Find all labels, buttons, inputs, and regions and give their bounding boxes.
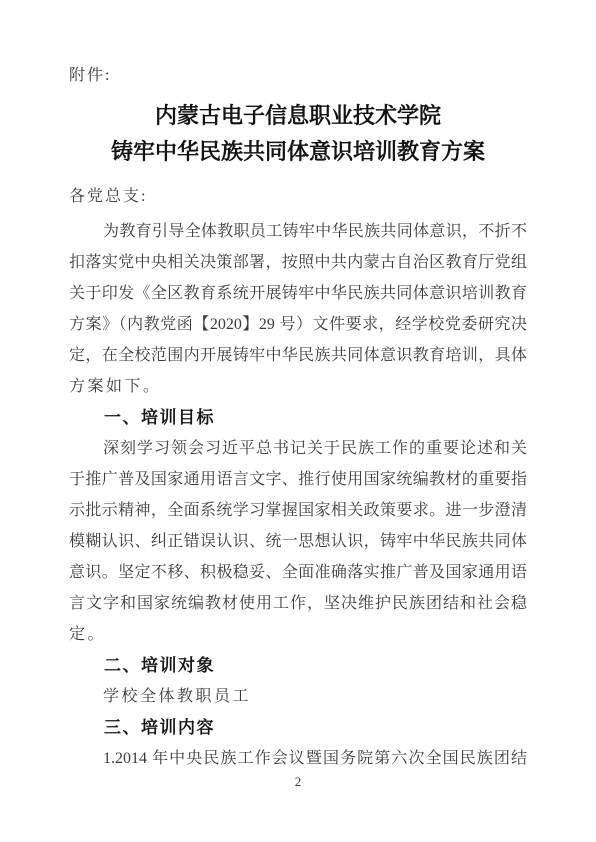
document-title: 内蒙古电子信息职业技术学院 铸牢中华民族共同体意识培训教育方案 bbox=[69, 98, 527, 170]
attachment-label: 附件: bbox=[69, 60, 527, 92]
salutation: 各党总支: bbox=[69, 181, 527, 213]
text-line: 示批示精神，全面系统学习掌握国家相关政策要求。进一步澄清 bbox=[69, 495, 527, 526]
text-line: 1.2014 年中央民族工作会议暨国务院第六次全国民族团结 bbox=[69, 743, 527, 774]
section-heading: 三、培训内容 bbox=[104, 712, 527, 743]
page-number: 2 bbox=[0, 774, 596, 790]
document-body: 为教育引导全体教职员工铸牢中华民族共同体意识，不折不扣落实党中央相关决策部署，按… bbox=[69, 216, 527, 774]
document-content: 附件: 内蒙古电子信息职业技术学院 铸牢中华民族共同体意识培训教育方案 各党总支… bbox=[69, 60, 527, 774]
text-line: 言文字和国家统编教材使用工作，坚决维护民族团结和社会稳 bbox=[69, 588, 527, 619]
text-line: 方案如下。 bbox=[69, 371, 527, 402]
text-line: 关于印发《全区教育系统开展铸牢中华民族共同体意识培训教育 bbox=[69, 278, 527, 309]
section-heading: 二、培训对象 bbox=[104, 650, 527, 681]
text-line: 深刻学习领会习近平总书记关于民族工作的重要论述和关 bbox=[69, 433, 527, 464]
text-line: 意识。坚定不移、积极稳妥、全面准确落实推广普及国家通用语 bbox=[69, 557, 527, 588]
title-line-1: 内蒙古电子信息职业技术学院 bbox=[69, 98, 527, 134]
text-line: 为教育引导全体教职员工铸牢中华民族共同体意识，不折不 bbox=[69, 216, 527, 247]
section-heading: 一、培训目标 bbox=[104, 402, 527, 433]
text-line: 扣落实党中央相关决策部署，按照中共内蒙古自治区教育厅党组 bbox=[69, 247, 527, 278]
text-line: 方案》（内教党函【2020】29 号）文件要求，经学校党委研究决 bbox=[69, 309, 527, 340]
text-line: 于推广普及国家通用语言文字、推行使用国家统编教材的重要指 bbox=[69, 464, 527, 495]
text-line: 模糊认识、纠正错误认识、统一思想认识，铸牢中华民族共同体 bbox=[69, 526, 527, 557]
title-line-2: 铸牢中华民族共同体意识培训教育方案 bbox=[69, 134, 527, 170]
document-page: 附件: 内蒙古电子信息职业技术学院 铸牢中华民族共同体意识培训教育方案 各党总支… bbox=[0, 0, 596, 842]
text-line: 学校全体教职员工 bbox=[69, 681, 527, 712]
text-line: 定。 bbox=[69, 619, 527, 650]
text-line: 定，在全校范围内开展铸牢中华民族共同体意识教育培训，具体 bbox=[69, 340, 527, 371]
